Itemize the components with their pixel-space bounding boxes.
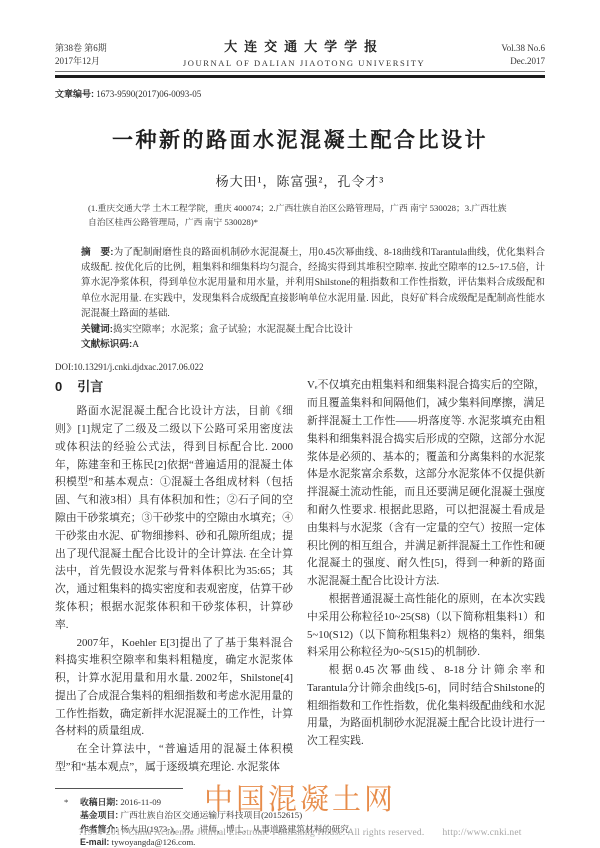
issue-info: 第38卷 第6期 2017年12月 [55, 42, 107, 68]
abstract-text: 为了配制耐磨性良的路面机制砂水泥混凝土，用0.45次幂曲线、8-18曲线和Tar… [81, 247, 545, 320]
issue-date-cn: 2017年12月 [55, 55, 107, 68]
journal-name-cn: 大连交通大学学报 [107, 36, 502, 55]
email-line: E-mail: tywoyangda@126.com. [80, 836, 349, 848]
body-paragraph: 根据普通混凝土高性能化的原则，在本次实践中采用公称粒径10~25(S8)（以下简… [307, 591, 545, 662]
left-column: 0引言 路面水泥混凝土配合比设计方法，目前《细则》[1]规定了二级及二级以下公路… [55, 377, 293, 777]
journal-header: 第38卷 第6期 2017年12月 大连交通大学学报 JOURNAL OF DA… [55, 36, 545, 68]
journal-name-en: JOURNAL OF DALIAN JIAOTONG UNIVERSITY [107, 58, 502, 68]
abstract-block: 摘 要:为了配制耐磨性良的路面机制砂水泥混凝土，用0.45次幂曲线、8-18曲线… [81, 245, 545, 353]
keywords-label: 关键词: [81, 324, 113, 335]
page-content: 第38卷 第6期 2017年12月 大连交通大学学报 JOURNAL OF DA… [0, 0, 600, 848]
abstract-paragraph: 摘 要:为了配制耐磨性良的路面机制砂水泥混凝土，用0.45次幂曲线、8-18曲线… [81, 245, 545, 322]
watermark-text: 中国混凝土网 [0, 777, 600, 818]
body-paragraph: 根据0.45次幂曲线、8-18分计筛余率和Tarantula分计筛余曲线[5-6… [307, 662, 545, 751]
right-column: Vₑ不仅填充由粗集料和细集料混合捣实后的空隙，而且覆盖集料和间隔他们，减少集料间… [307, 377, 545, 777]
body-columns: 0引言 路面水泥混凝土配合比设计方法，目前《细则》[1]规定了二级及二级以下公路… [55, 377, 545, 777]
authors-line: 杨大田¹，陈富强²，孔令才³ [55, 171, 545, 190]
footer-url: http://www.cnki.net [442, 828, 521, 838]
doc-code-value: A [132, 339, 139, 350]
section-heading-intro: 0引言 [55, 378, 293, 396]
article-number-value: 1673-9590(2017)06-0093-05 [96, 89, 201, 99]
volume-info: Vol.38 No.6 Dec.2017 [501, 42, 545, 68]
header-rule-thin [55, 71, 545, 72]
section-number: 0 [55, 379, 62, 394]
keywords-line: 关键词:捣实空隙率；水泥浆；盒子试验；水泥混凝土配合比设计 [81, 322, 545, 337]
affiliation-line: (1.重庆交通大学 土木工程学院，重庆 400074；2.广西壮族自治区公路管理… [88, 201, 512, 229]
keywords-text: 捣实空隙率；水泥浆；盒子试验；水泥混凝土配合比设计 [113, 324, 353, 335]
body-paragraph: 路面水泥混凝土配合比设计方法，目前《细则》[1]规定了二级及二级以下公路可采用密… [55, 403, 293, 634]
date-en: Dec.2017 [501, 55, 545, 68]
body-paragraph: 2007年，Koehler E[3]提出了了基于集料混合料捣实堆积空隙率和集料粗… [55, 635, 293, 742]
email-label: E-mail: [80, 837, 109, 847]
body-paragraph: 在全计算法中，“普遍适用的混凝土体积模型”和“基本观点”，属于逐级填充理论. 水… [55, 741, 293, 777]
section-title: 引言 [77, 379, 103, 394]
journal-name-block: 大连交通大学学报 JOURNAL OF DALIAN JIAOTONG UNIV… [107, 36, 502, 68]
paper-title: 一种新的路面水泥混凝土配合比设计 [55, 124, 545, 154]
doi-line: DOI:10.13291/j.cnki.djdxac.2017.06.022 [55, 362, 545, 372]
doc-code-line: 文献标识码:A [81, 337, 545, 352]
abstract-label: 摘 要: [81, 247, 113, 258]
article-number-label: 文章编号: [55, 89, 94, 99]
paper-page: 第38卷 第6期 2017年12月 大连交通大学学报 JOURNAL OF DA… [0, 0, 600, 848]
footer-line: ?1994-2017 China Academic Journal Electr… [0, 828, 600, 838]
article-number-line: 文章编号: 1673-9590(2017)06-0093-05 [55, 87, 545, 100]
volume-en: Vol.38 No.6 [501, 42, 545, 55]
doc-code-label: 文献标识码: [81, 339, 132, 350]
body-paragraph: Vₑ不仅填充由粗集料和细集料混合捣实后的空隙，而且覆盖集料和间隔他们，减少集料间… [307, 377, 545, 591]
footer-copyright: ?1994-2017 China Academic Journal Electr… [78, 828, 424, 838]
issue-volume-cn: 第38卷 第6期 [55, 42, 107, 55]
email-value: tywoyangda@126.com. [112, 837, 196, 847]
header-rule-thick [55, 75, 545, 78]
